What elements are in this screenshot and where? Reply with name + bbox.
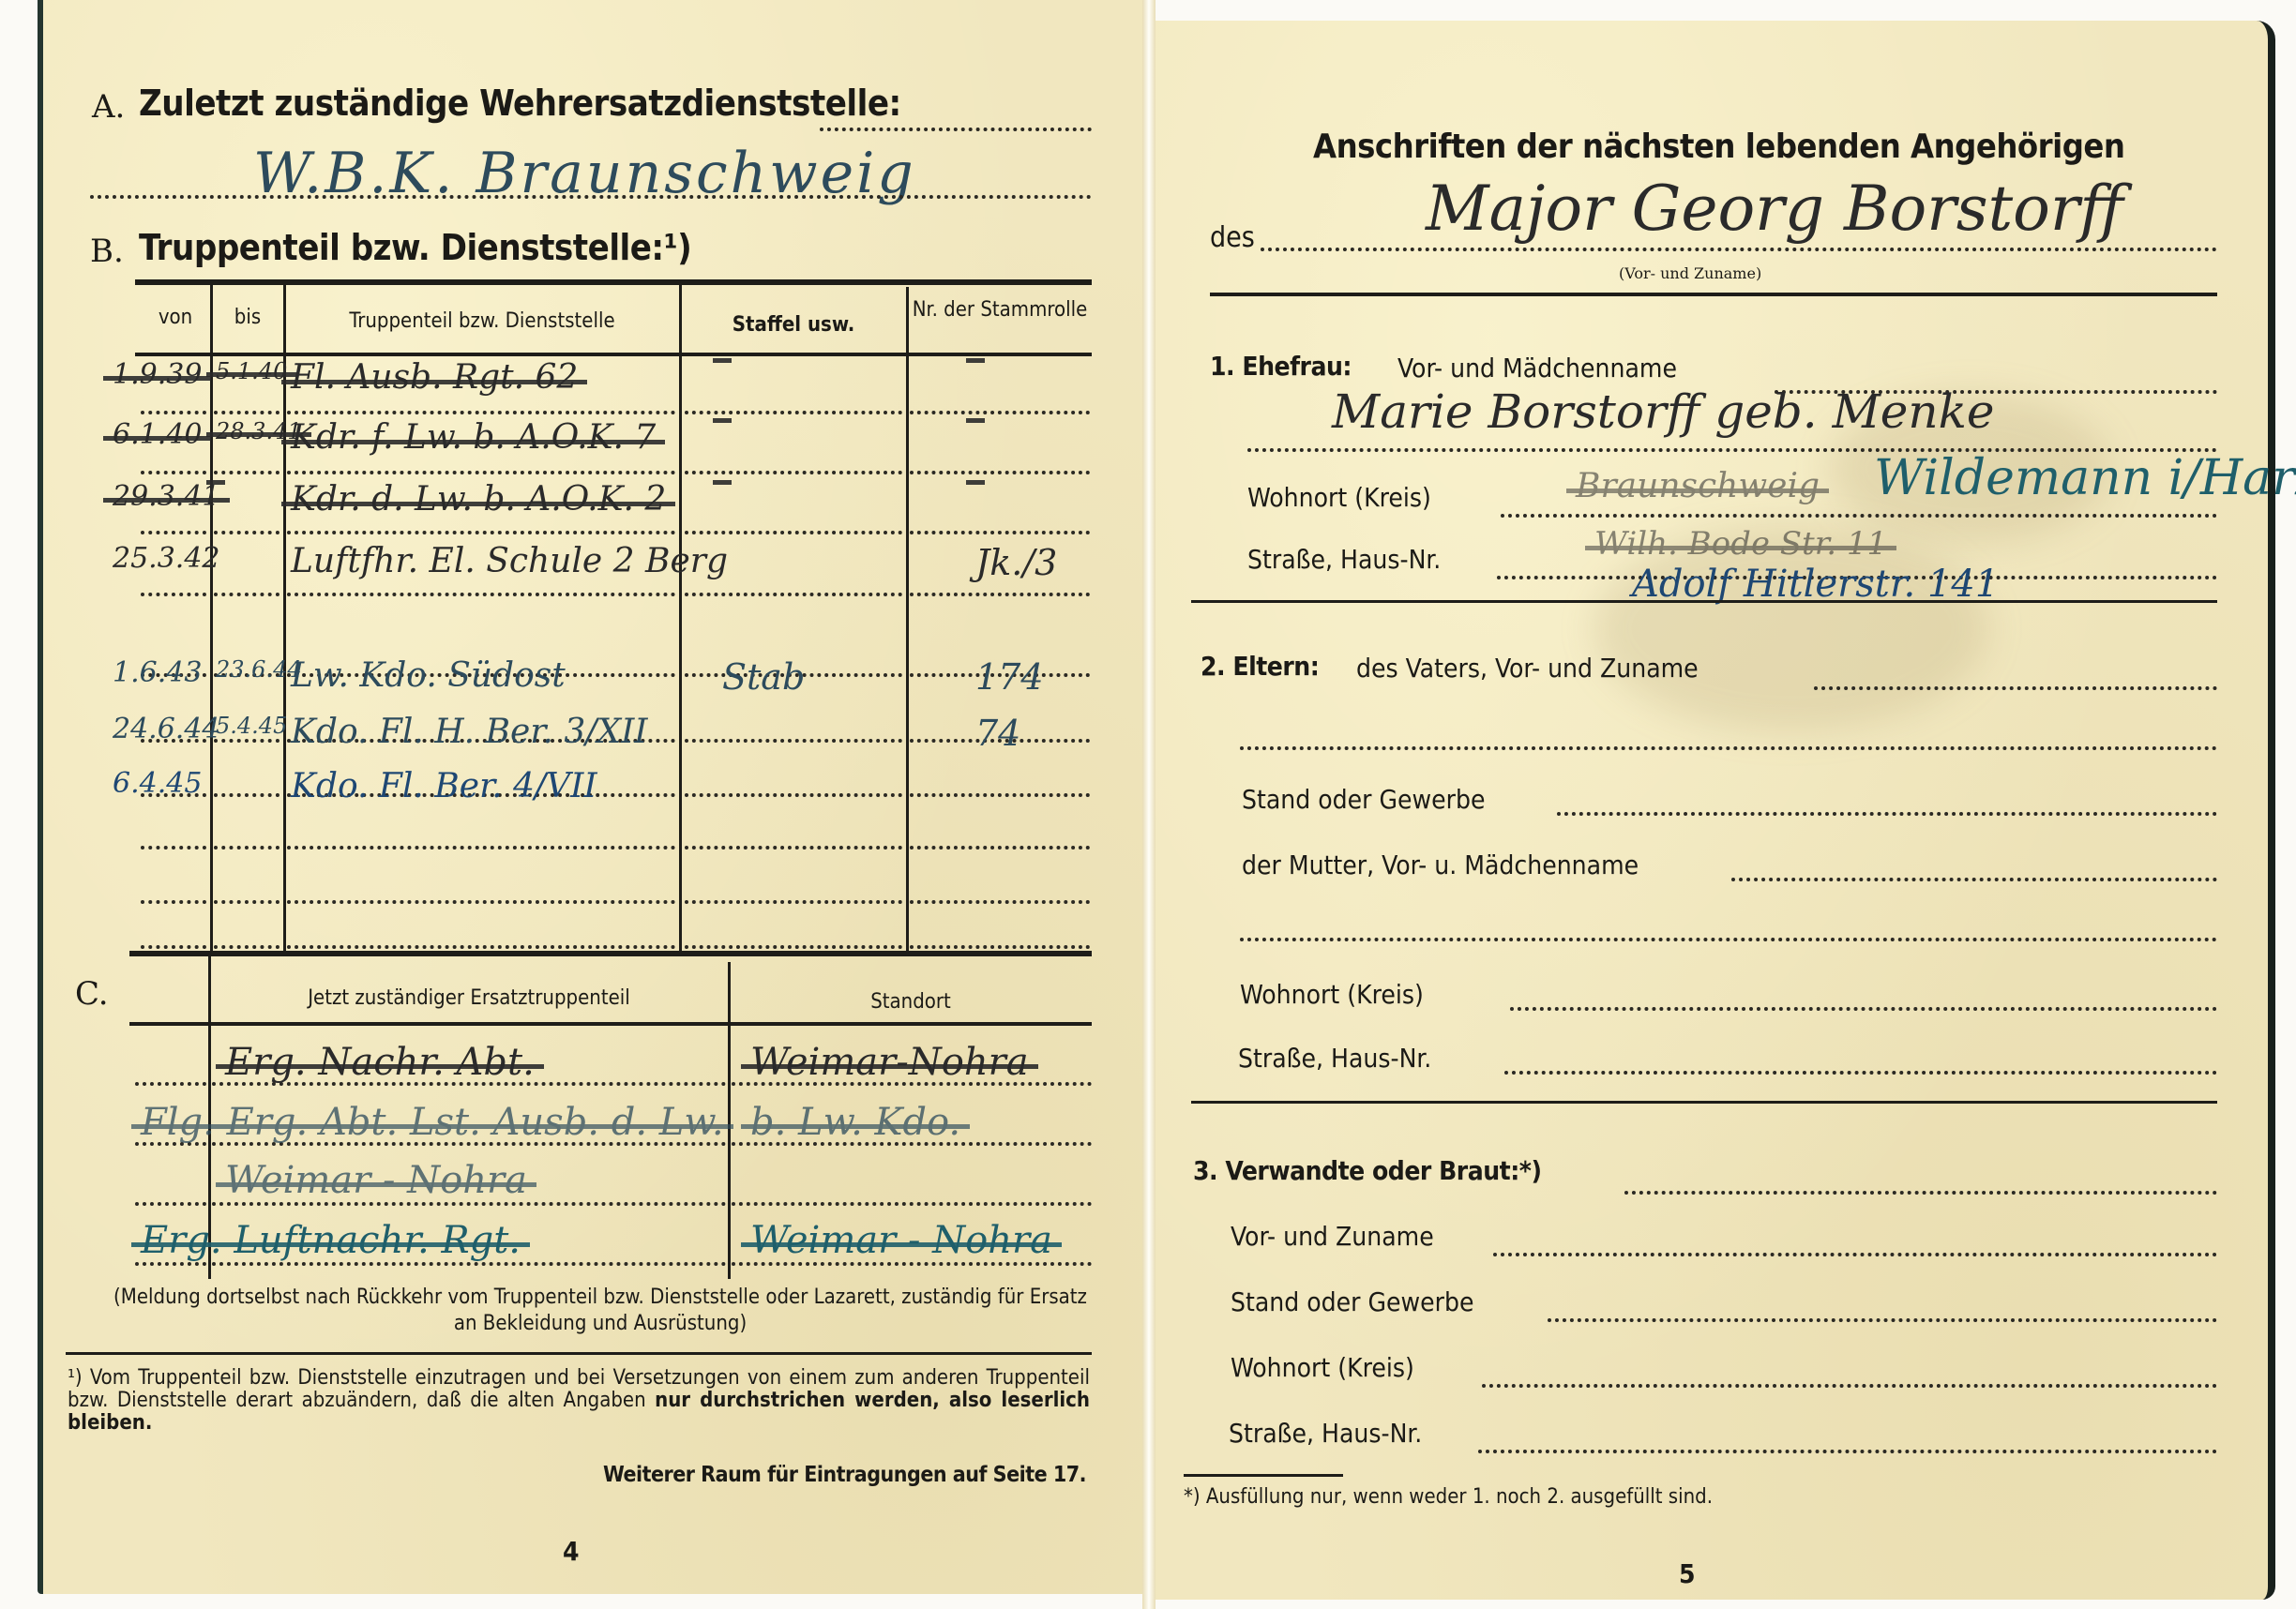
cell-unit: Weimar - Nohra bbox=[225, 1159, 527, 1202]
dotted-line bbox=[910, 531, 1090, 534]
dotted-line bbox=[1493, 1253, 2217, 1256]
dotted-line bbox=[1482, 1384, 2217, 1388]
dotted-line bbox=[910, 846, 1090, 850]
dotted-line bbox=[732, 1262, 1092, 1266]
column-header-nr: Nr. der Stammrolle bbox=[908, 298, 1092, 323]
section-1-label: 1. Ehefrau: bbox=[1210, 351, 1352, 382]
dotted-line bbox=[135, 1082, 206, 1086]
dotted-line bbox=[1557, 812, 2217, 816]
section-1-wohnort-label: Wohnort (Kreis) bbox=[1247, 482, 1431, 513]
right-page-title: Anschriften der nächsten lebenden Angehö… bbox=[1313, 128, 2124, 166]
cell-von: 25.3.42 bbox=[113, 542, 220, 575]
section-b-label: B. bbox=[90, 233, 124, 270]
dotted-line bbox=[141, 471, 206, 474]
section-b-title: Truppenteil bzw. Dienststelle:¹) bbox=[139, 227, 691, 268]
dotted-line bbox=[90, 195, 1092, 199]
section-2-strasse-label: Straße, Haus-Nr. bbox=[1238, 1043, 1431, 1074]
dotted-line bbox=[287, 945, 675, 949]
section-2-mutter-label: der Mutter, Vor- u. Mädchenname bbox=[1242, 850, 1639, 880]
cell-unit: Erg. Luftnachr. Rgt. bbox=[141, 1219, 521, 1262]
column-divider bbox=[679, 285, 682, 953]
continuation-note: Weiterer Raum für Eintragungen auf Seite… bbox=[603, 1463, 1086, 1487]
table-header-rule bbox=[135, 353, 1092, 356]
des-label: des bbox=[1210, 221, 1255, 254]
cell-von: 24.6.44 bbox=[113, 713, 220, 745]
cell-standort: b. Lw. Kdo. bbox=[750, 1101, 960, 1144]
section-2-vater-label: des Vaters, Vor- und Zuname bbox=[1356, 653, 1699, 684]
dotted-line bbox=[1548, 1318, 2217, 1322]
cell-von: 6.1.40 bbox=[113, 418, 202, 451]
cell-bis: 23.6.44 bbox=[216, 656, 302, 683]
dotted-line bbox=[910, 411, 1090, 414]
section-rule bbox=[1191, 600, 2217, 603]
column-divider bbox=[210, 283, 213, 953]
book-spine bbox=[1142, 0, 1156, 1609]
dotted-line bbox=[287, 846, 675, 850]
dotted-line bbox=[141, 593, 206, 596]
dotted-line bbox=[685, 793, 902, 797]
section-2-label: 2. Eltern: bbox=[1201, 651, 1319, 682]
cell-nr: Jk./3 bbox=[975, 542, 1057, 583]
dotted-line bbox=[287, 411, 675, 414]
dotted-line bbox=[214, 846, 279, 850]
dotted-line bbox=[1501, 514, 2217, 518]
cell-von: 1.9.39 bbox=[113, 358, 202, 391]
section-2-stand-label: Stand oder Gewerbe bbox=[1242, 784, 1486, 815]
section-a-title: Zuletzt zuständige Wehrersatzdienststell… bbox=[139, 83, 901, 124]
section-1-wohnort-value: Wildemann i/Harz bbox=[1874, 450, 2296, 506]
table-bottom-rule bbox=[129, 951, 1092, 956]
column-header-standort: Standort bbox=[730, 990, 1092, 1014]
cell-staffel: Stab bbox=[722, 656, 805, 698]
dotted-line bbox=[135, 1262, 206, 1266]
section-c-note: (Meldung dortselbst nach Rückkehr vom Tr… bbox=[113, 1285, 1088, 1337]
dotted-line bbox=[141, 411, 206, 414]
cell-unit: Kdo. Fl. Ber. 4/VII bbox=[291, 767, 597, 805]
dotted-line bbox=[685, 471, 902, 474]
cell-unit: Fl. Ausb. Rgt. 62 bbox=[291, 358, 578, 397]
dotted-line bbox=[685, 593, 902, 596]
dotted-line bbox=[910, 793, 1090, 797]
column-header-unit: Truppenteil bzw. Dienststelle bbox=[285, 309, 679, 333]
dotted-line bbox=[141, 846, 206, 850]
dotted-line bbox=[135, 1202, 206, 1206]
section-3-strasse-label: Straße, Haus-Nr. bbox=[1229, 1418, 1422, 1449]
cell-bis: 5.4.45 bbox=[216, 713, 287, 739]
right-footnote: *) Ausfüllung nur, wenn weder 1. noch 2.… bbox=[1184, 1485, 1713, 1509]
dotted-line bbox=[1478, 1450, 2217, 1453]
dotted-line bbox=[685, 900, 902, 904]
dotted-line bbox=[214, 945, 279, 949]
dotted-line bbox=[1240, 938, 2217, 941]
cell-unit: Luftfhr. El. Schule 2 Berg bbox=[291, 542, 728, 580]
cell-unit: Flg. Erg. Abt. Lst. Ausb. d. Lw. bbox=[141, 1101, 724, 1144]
column-header-ersatztruppenteil: Jetzt zuständiger Ersatztruppenteil bbox=[210, 986, 728, 1010]
dotted-line bbox=[212, 1202, 726, 1206]
dotted-line bbox=[141, 531, 206, 534]
dotted-line bbox=[910, 900, 1090, 904]
cell-von: 1.6.43 bbox=[113, 656, 202, 689]
des-caption: (Vor- und Zuname) bbox=[1619, 264, 1761, 282]
dotted-line bbox=[287, 471, 675, 474]
cell-nr: 174 bbox=[975, 656, 1044, 698]
dotted-line bbox=[685, 945, 902, 949]
left-footnote: ¹) Vom Truppenteil bzw. Dienststelle ein… bbox=[68, 1367, 1090, 1435]
cell-unit: Kdr. f. Lw. b. A.O.K. 7 bbox=[291, 418, 656, 457]
cell-bis: 5.1.40 bbox=[216, 358, 287, 384]
dotted-line bbox=[214, 531, 279, 534]
dotted-line bbox=[685, 739, 902, 743]
dotted-line bbox=[214, 739, 279, 743]
dotted-line bbox=[685, 411, 902, 414]
section-3-name-label: Vor- und Zuname bbox=[1231, 1221, 1434, 1252]
dotted-line bbox=[214, 793, 279, 797]
table-header-rule bbox=[129, 1022, 1092, 1026]
dotted-line bbox=[1504, 1071, 2217, 1075]
cell-von: 6.4.45 bbox=[113, 767, 202, 800]
section-1-name-value: Marie Borstorff geb. Menke bbox=[1332, 384, 1994, 439]
section-1-strasse-struck: Wilh. Bode Str. 11 bbox=[1594, 525, 1887, 563]
footnote-rule bbox=[1184, 1474, 1343, 1477]
cell-standort: Weimar - Nohra bbox=[750, 1219, 1052, 1262]
section-1-name-label: Vor- und Mädchenname bbox=[1397, 353, 1677, 383]
des-value: Major Georg Borstorff bbox=[1426, 173, 2123, 245]
section-3-stand-label: Stand oder Gewerbe bbox=[1231, 1286, 1474, 1317]
dotted-line bbox=[910, 471, 1090, 474]
dotted-line bbox=[820, 128, 1092, 131]
dotted-line bbox=[685, 531, 902, 534]
cell-unit: Lw. Kdo. Südost bbox=[291, 656, 566, 695]
dotted-line bbox=[1240, 746, 2217, 750]
cell-nr: 74 bbox=[975, 713, 1020, 754]
column-header-bis: bis bbox=[212, 306, 283, 329]
dotted-line bbox=[685, 846, 902, 850]
dotted-line bbox=[141, 945, 206, 949]
cell-unit: Kdr. d. Lw. b. A.O.K. 2 bbox=[291, 480, 666, 519]
column-header-staffel: Staffel usw. bbox=[681, 313, 906, 337]
section-c-label: C. bbox=[75, 975, 109, 1013]
dotted-line bbox=[214, 593, 279, 596]
section-2-wohnort-label: Wohnort (Kreis) bbox=[1240, 979, 1424, 1010]
section-rule bbox=[1210, 293, 2217, 296]
column-header-von: von bbox=[141, 306, 210, 329]
section-1-strasse-label: Straße, Haus-Nr. bbox=[1247, 544, 1441, 575]
cell-unit: Kdo. Fl. H. Ber. 3/XII bbox=[291, 713, 648, 751]
cell-standort: Weimar-Nohra bbox=[750, 1041, 1029, 1084]
dotted-line bbox=[141, 900, 206, 904]
dotted-line bbox=[732, 1202, 1092, 1206]
dotted-line bbox=[287, 531, 675, 534]
cell-von: 29.3.41 bbox=[113, 480, 220, 513]
page-number-left: 4 bbox=[563, 1536, 580, 1567]
dotted-line bbox=[287, 593, 675, 596]
dotted-line bbox=[212, 1262, 726, 1266]
dotted-line bbox=[1731, 878, 2217, 881]
dotted-line bbox=[1814, 686, 2217, 690]
section-1-wohnort-struck: Braunschweig bbox=[1576, 467, 1820, 505]
section-3-wohnort-label: Wohnort (Kreis) bbox=[1231, 1352, 1414, 1383]
section-rule bbox=[1191, 1101, 2217, 1104]
section-a-label: A. bbox=[92, 88, 125, 126]
dotted-line bbox=[214, 411, 279, 414]
dotted-line bbox=[1261, 248, 2217, 251]
dotted-line bbox=[910, 593, 1090, 596]
dotted-line bbox=[287, 900, 675, 904]
footnote-rule bbox=[66, 1352, 1092, 1355]
dotted-line bbox=[214, 900, 279, 904]
dotted-line bbox=[1624, 1191, 2217, 1195]
dotted-line bbox=[910, 945, 1090, 949]
cell-unit: Erg. Nachr. Abt. bbox=[225, 1041, 535, 1084]
page-number-right: 5 bbox=[1679, 1558, 1696, 1589]
section-3-label: 3. Verwandte oder Braut:*) bbox=[1193, 1155, 1541, 1186]
column-divider bbox=[906, 287, 909, 953]
dotted-line bbox=[1510, 1007, 2217, 1011]
table-top-rule bbox=[135, 279, 1092, 285]
dotted-line bbox=[214, 471, 279, 474]
